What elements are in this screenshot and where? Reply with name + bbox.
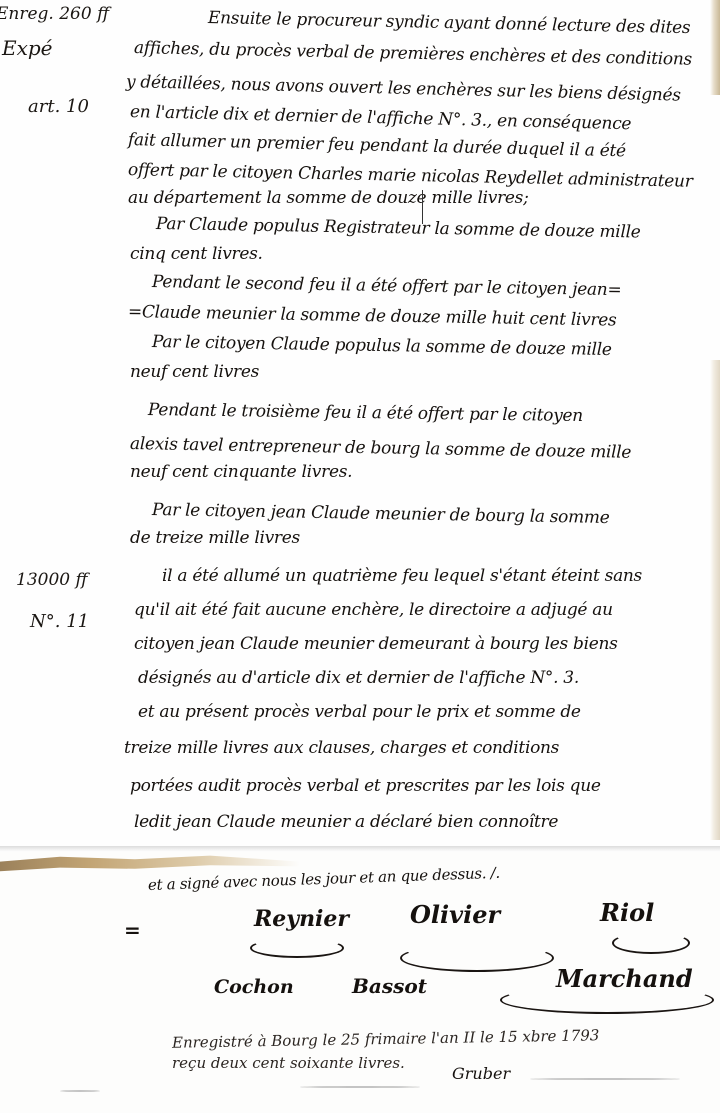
page-edge <box>710 360 720 840</box>
signature-riol: Riol <box>600 898 654 927</box>
margin-fee-note: Enreg. 260 ff <box>0 4 109 24</box>
body-line: cinq cent livres. <box>130 244 263 264</box>
signature-mark: = <box>124 918 141 942</box>
signature-flourish <box>400 944 554 972</box>
signature-flourish <box>612 932 690 954</box>
signature-olivier: Olivier <box>410 900 500 929</box>
body-line: ledit jean Claude meunier a déclaré bien… <box>134 812 558 832</box>
signature-clerk: Gruber <box>452 1064 510 1083</box>
body-line: treize mille livres aux clauses, charges… <box>124 738 559 758</box>
margin-paraphe: Expé <box>2 36 53 60</box>
body-line: au département la somme de douze mille l… <box>128 188 529 208</box>
signature-cochon: Cochon <box>214 976 294 998</box>
body-line: portées audit procès verbal et prescrite… <box>130 776 601 796</box>
body-line: de treize mille livres <box>130 528 300 548</box>
margin-article-note: art. 10 <box>28 96 89 117</box>
body-line: qu'il ait été fait aucune enchère, le di… <box>134 600 613 620</box>
signature-flourish <box>250 938 344 958</box>
paper-mark <box>530 1078 680 1080</box>
margin-price-note: 13000 ff <box>16 570 88 590</box>
margin-lot-number: N°. 11 <box>30 611 89 632</box>
paper-mark <box>60 1090 100 1092</box>
body-line: il a été allumé un quatrième feu lequel … <box>162 566 642 586</box>
paper-mark <box>300 1086 420 1088</box>
body-line: neuf cent livres <box>130 362 259 382</box>
signature-flourish <box>500 986 714 1014</box>
signature-reynier: Reynier <box>254 906 349 932</box>
signature-bassot: Bassot <box>352 974 427 998</box>
body-line: désignés au d'article dix et dernier de … <box>138 668 579 688</box>
body-line: et au présent procès verbal pour le prix… <box>138 702 581 722</box>
registration-line-2: reçu deux cent soixante livres. <box>172 1054 405 1072</box>
body-line: neuf cent cinquante livres. <box>130 462 352 482</box>
page-edge <box>710 0 720 95</box>
body-line: citoyen jean Claude meunier demeurant à … <box>134 634 618 654</box>
